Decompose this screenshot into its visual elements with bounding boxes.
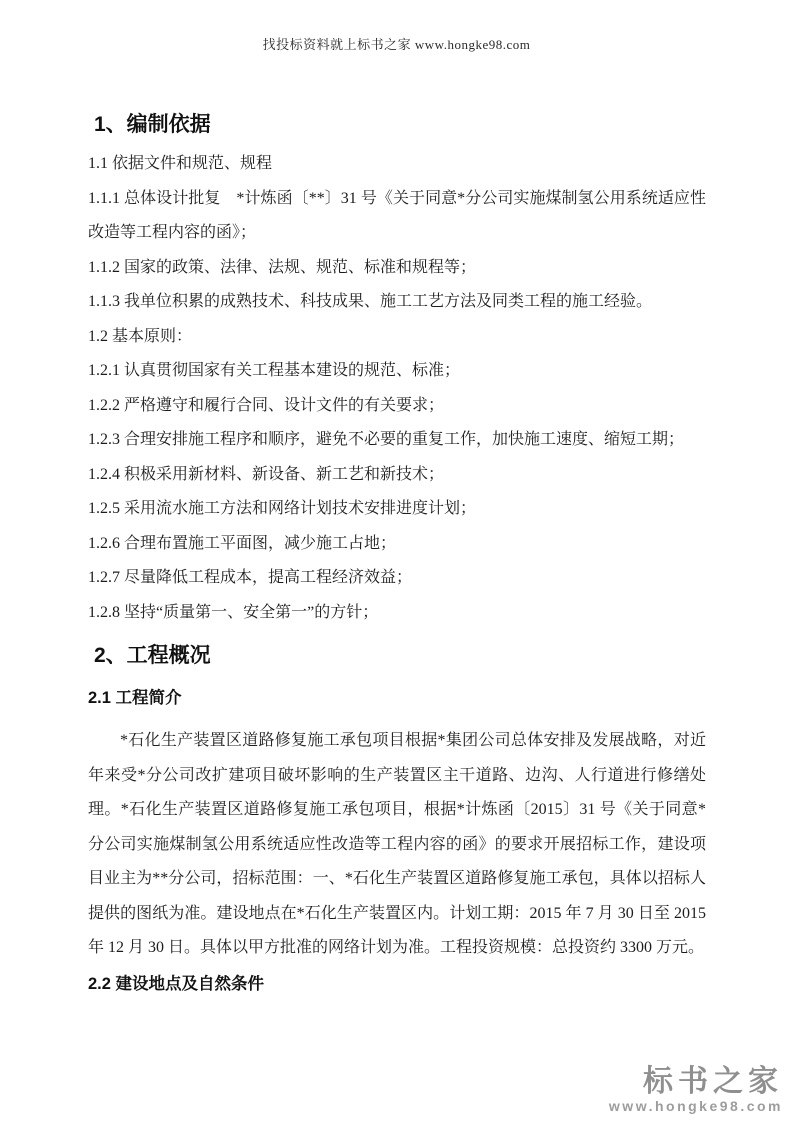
doc-line: 1.2 基本原则： (88, 320, 706, 355)
page-content: 1、编制依据 1.1 依据文件和规范、规程 1.1.1 总体设计批复 *计炼函〔… (88, 103, 706, 996)
doc-line: 1.1.1 总体设计批复 *计炼函〔**〕31 号《关于同意*分公司实施煤制氢公… (88, 182, 706, 251)
footer-watermark: 标书之家 www.hongke98.com (609, 1066, 783, 1114)
section-2-heading: 2、工程概况 (94, 642, 706, 670)
section-1-body: 1.1 依据文件和规范、规程 1.1.1 总体设计批复 *计炼函〔**〕31 号… (88, 147, 706, 630)
section-2-2-subheading: 2.2 建设地点及自然条件 (88, 972, 706, 996)
doc-line: 1.1.3 我单位积累的成熟技术、科技成果、施工工艺方法及同类工程的施工经验。 (88, 285, 706, 320)
doc-line: 1.2.3 合理安排施工程序和顺序，避免不必要的重复工作，加快施工速度、缩短工期… (88, 423, 706, 458)
project-intro-paragraph: *石化生产装置区道路修复施工承包项目根据*集团公司总体安排及发展战略，对近年来受… (88, 724, 706, 966)
doc-line: 1.2.8 坚持“质量第一、安全第一”的方针； (88, 596, 706, 631)
section-1-heading: 1、编制依据 (94, 111, 706, 139)
document-page: 找投标资料就上标书之家 www.hongke98.com 1、编制依据 1.1 … (0, 0, 793, 1122)
doc-line: 1.2.7 尽量降低工程成本，提高工程经济效益； (88, 561, 706, 596)
doc-line: 1.2.6 合理布置施工平面图，减少施工占地； (88, 527, 706, 562)
doc-line: 1.1 依据文件和规范、规程 (88, 147, 706, 182)
doc-line: 1.2.1 认真贯彻国家有关工程基本建设的规范、标准； (88, 354, 706, 389)
footer-logo-text: 标书之家 (609, 1066, 783, 1098)
header-watermark-text: 找投标资料就上标书之家 www.hongke98.com (0, 34, 793, 53)
section-2-1-subheading: 2.1 工程简介 (88, 686, 706, 710)
doc-line: 1.2.5 采用流水施工方法和网络计划技术安排进度计划； (88, 492, 706, 527)
footer-site-url: www.hongke98.com (609, 1099, 783, 1114)
doc-line: 1.2.4 积极采用新材料、新设备、新工艺和新技术； (88, 458, 706, 493)
doc-line: 1.1.2 国家的政策、法律、法规、规范、标准和规程等； (88, 251, 706, 286)
doc-line: 1.2.2 严格遵守和履行合同、设计文件的有关要求； (88, 389, 706, 424)
